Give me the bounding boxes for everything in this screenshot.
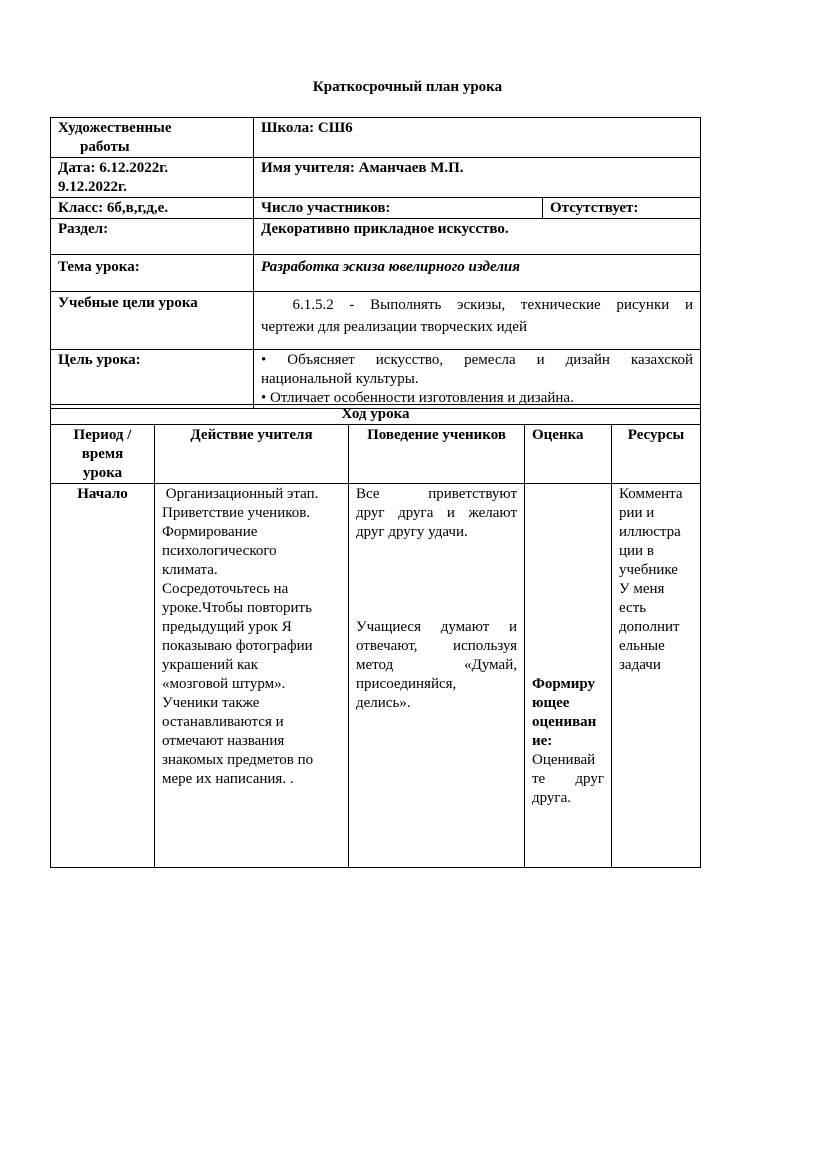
school-cell: Школа: СШ6 [254,118,701,158]
teacher-action-line: отмечают названия [162,732,341,751]
objectives-label: Учебные цели урока [51,292,254,350]
assessment-heading-line: ющее [532,694,604,713]
resources-line: иллюстра [619,523,693,542]
lesson-flow-table: Ход урока Период / время урока Действие … [50,404,701,868]
document-title: Краткосрочный план урока [0,79,815,96]
col-header-assessment: Оценка [525,425,612,484]
teacher-action-cell: Организационный этап.Приветствие ученико… [155,484,349,868]
topic-label: Тема урока: [51,255,254,292]
assessment-heading-line: оцениван [532,713,604,732]
info-row-goal: Цель урока: • Объясняет искусство, ремес… [51,350,701,409]
teacher-action-line: «мозговой штурм». [162,675,341,694]
assessment-heading-line: Формиру [532,675,604,694]
teacher-action-line: мере их написания. . [162,770,341,789]
class-cell: Класс: 6б,в,г,д,е. [51,198,254,219]
goal-line2: национальной культуры. [261,370,693,389]
teacher-name-cell: Имя учителя: Аманчаев М.П. [254,158,701,198]
resources-line: есть [619,599,693,618]
student-behavior-line: присоединяйся, [356,675,517,694]
resources-line: задачи [619,656,693,675]
info-row-date: Дата: 6.12.2022г. 9.12.2022г. Имя учител… [51,158,701,198]
teacher-action-line: украшений как [162,656,341,675]
table-row: Начало Организационный этап.Приветствие … [51,484,701,868]
section-label: Раздел: [51,219,254,255]
goal-line1: • Объясняет искусство, ремесла и дизайн … [261,351,693,370]
lesson-heading-row: Ход урока [51,405,701,425]
subject-cell: Художественные работы [51,118,254,158]
teacher-action-line: Ученики также [162,694,341,713]
resources-line: учебнике [619,561,693,580]
col-header-student-behavior: Поведение учеников [349,425,525,484]
info-row-class: Класс: 6б,в,г,д,е. Число участников: Отс… [51,198,701,219]
resources-line: рии и [619,504,693,523]
teacher-action-line: знакомых предметов по [162,751,341,770]
date-line2: 9.12.2022г. [58,178,246,197]
objectives-line2: чертежи для реализации творческих идей [261,316,693,338]
objectives-line1: 6.1.5.2 - Выполнять эскизы, технические … [261,294,693,316]
resources-line: ельные [619,637,693,656]
teacher-action-line: Формирование [162,523,341,542]
student-behavior-line: друг друга и желают [356,504,517,523]
lesson-header-row: Период / время урока Действие учителя По… [51,425,701,484]
resources-line: У меня [619,580,693,599]
goal-label: Цель урока: [51,350,254,409]
participants-cell: Число участников: [254,198,543,219]
period-cell: Начало [51,484,155,868]
lesson-heading: Ход урока [51,405,701,425]
resources-line: дополнит [619,618,693,637]
col-header-resources: Ресурсы [612,425,701,484]
student-behavior-line: друг другу удачи. [356,523,517,542]
student-behavior-line: Все приветствуют [356,485,517,504]
resources-cell: Комментарии ииллюстрации вучебникеУ меня… [612,484,701,868]
teacher-action-line: показываю фотографии [162,637,341,656]
assessment-line: те друг [532,770,604,789]
teacher-action-line: предыдущий урок Я [162,618,341,637]
goal-value: • Объясняет искусство, ремесла и дизайн … [254,350,701,409]
info-row-topic: Тема урока: Разработка эскиза ювелирного… [51,255,701,292]
section-value: Декоративно прикладное искусство. [254,219,701,255]
info-row-objectives: Учебные цели урока 6.1.5.2 - Выполнять э… [51,292,701,350]
teacher-action-line: уроке.Чтобы повторить [162,599,341,618]
teacher-action-line: психологического [162,542,341,561]
date-line1: Дата: 6.12.2022г. [58,159,246,178]
absent-cell: Отсутствует: [543,198,701,219]
teacher-action-line: Сосредоточьтесь на [162,580,341,599]
assessment-line: друга. [532,789,604,808]
lesson-info-table: Художественные работы Школа: СШ6 Дата: 6… [50,117,701,409]
info-row-section: Раздел: Декоративно прикладное искусство… [51,219,701,255]
assessment-heading-line: ие: [532,732,604,751]
resources-line: ции в [619,542,693,561]
col-header-period-line: Период / [58,426,147,445]
student-behavior-line: делись». [356,694,517,713]
topic-value: Разработка эскиза ювелирного изделия [254,255,701,292]
student-behavior-line: отвечают, используя [356,637,517,656]
teacher-action-line: останавливаются и [162,713,341,732]
student-behavior-cell: Все приветствуютдруг друга и желаютдруг … [349,484,525,868]
col-header-teacher-action: Действие учителя [155,425,349,484]
teacher-action-line: Приветствие учеников. [162,504,341,523]
objectives-value: 6.1.5.2 - Выполнять эскизы, технические … [254,292,701,350]
student-behavior-line: Учащиеся думают и [356,618,517,637]
assessment-cell: Формирующееоценивание: Оценивайте другдр… [525,484,612,868]
assessment-line: Оценивай [532,751,604,770]
col-header-period-line: время [58,445,147,464]
date-cell: Дата: 6.12.2022г. 9.12.2022г. [51,158,254,198]
teacher-action-line: Организационный этап. [162,485,341,504]
teacher-action-line: климата. [162,561,341,580]
subject-line1: Художественные [58,119,246,138]
col-header-period: Период / время урока [51,425,155,484]
resources-line: Коммента [619,485,693,504]
subject-line2: работы [58,138,246,157]
student-behavior-line: метод «Думай, [356,656,517,675]
info-row-subject: Художественные работы Школа: СШ6 [51,118,701,158]
col-header-period-line: урока [58,464,147,483]
